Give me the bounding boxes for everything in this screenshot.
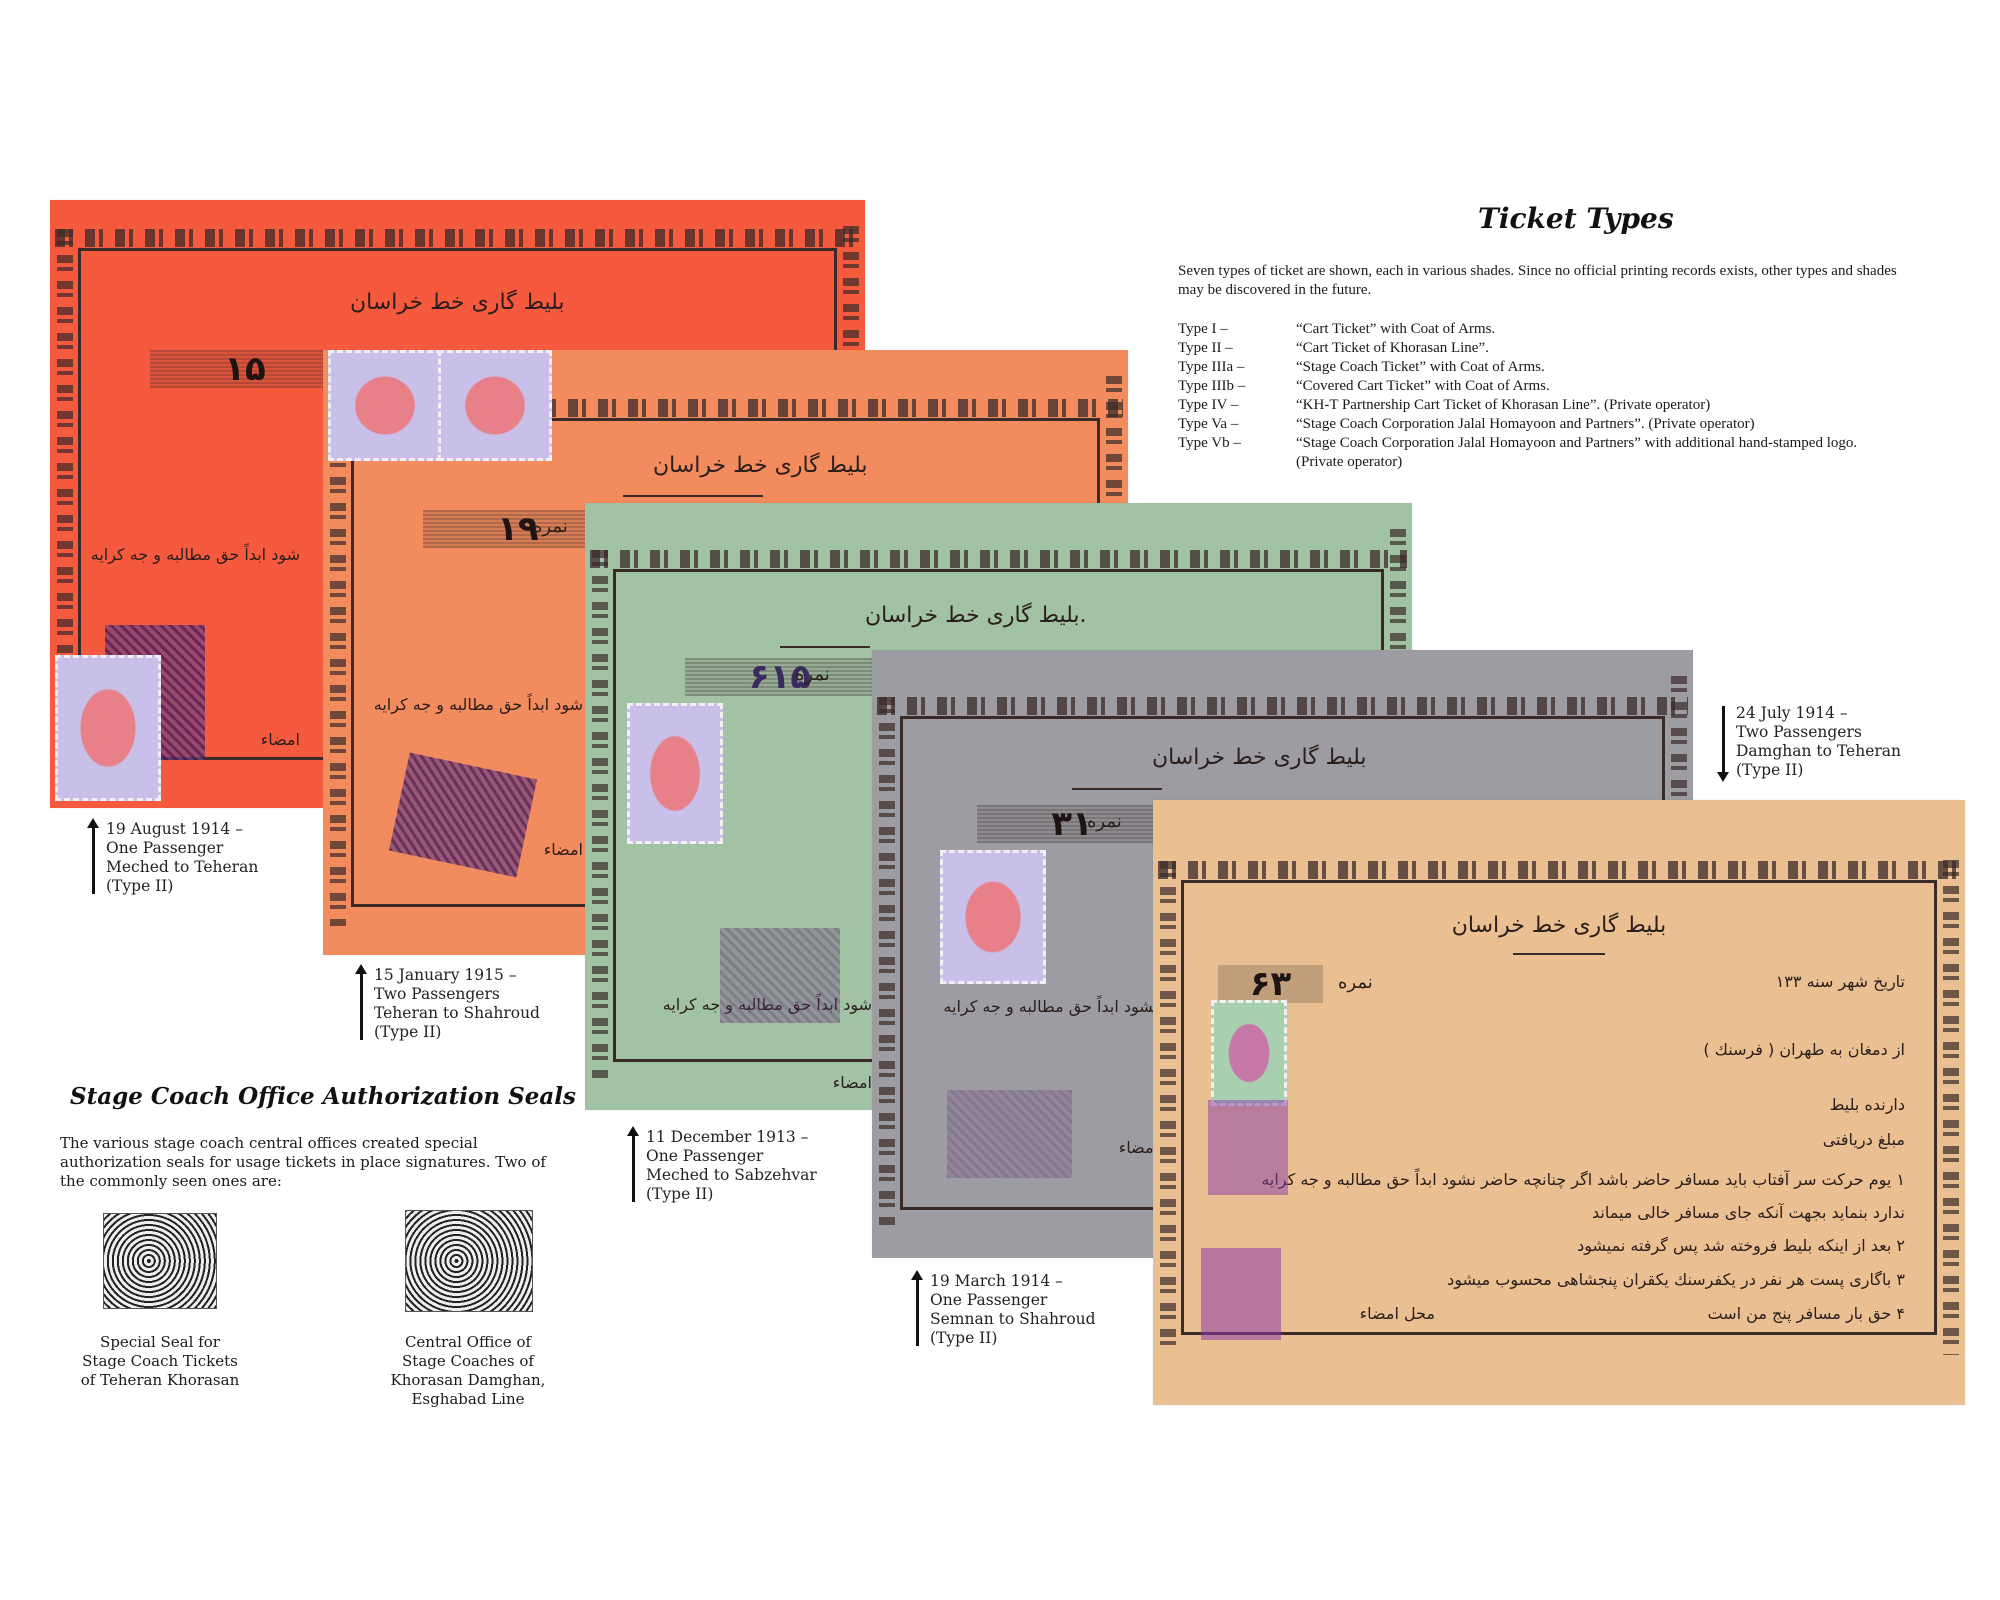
ticket-types-intro: Seven types of ticket are shown, each in…: [1178, 262, 1918, 300]
ticket-5: بلیط گاری خط خراسان ۶۳ نمره تاریخ شهر سن…: [1153, 800, 1965, 1405]
caption-date: 24 July 1914 –: [1736, 704, 1901, 723]
ticket-signature: محل امضاء: [1360, 1304, 1435, 1323]
seals-section-title: Stage Coach Office Authorization Seals: [70, 1083, 576, 1110]
seal-caption-line: Esghabad Line: [368, 1390, 568, 1409]
caption-passengers: One Passenger: [930, 1291, 1096, 1310]
ticket-signature: امضاء: [544, 840, 583, 859]
rule-1-cont: ندارد بنماید بجهت آنکه جای مسافر خالی می…: [1592, 1203, 1905, 1222]
seal-caption-2: Central Office of Stage Coaches of Khora…: [368, 1333, 568, 1409]
caption-type: (Type II): [106, 877, 258, 896]
caption-date: 19 August 1914 –: [106, 820, 258, 839]
type-key: Type IIIb –: [1178, 377, 1296, 396]
postage-stamp: [328, 350, 442, 461]
heading-rule: [623, 495, 763, 497]
ticket-signature: امضاء: [261, 730, 300, 749]
caption-ticket-5: 24 July 1914 – Two Passengers Damghan to…: [1722, 704, 1901, 780]
seal-image-khorasan-damghan: [405, 1210, 533, 1312]
authorization-seal: [947, 1090, 1072, 1178]
type-desc: “Cart Ticket” with Coat of Arms.: [1296, 320, 1495, 339]
caption-type: (Type II): [374, 1023, 540, 1042]
seal-caption-1: Special Seal for Stage Coach Tickets of …: [60, 1333, 260, 1390]
caption-route: Teheran to Shahroud: [374, 1004, 540, 1023]
type-key: Type IV –: [1178, 396, 1296, 415]
type-key: Type Vb –: [1178, 434, 1296, 472]
type-key: Type IIIa –: [1178, 358, 1296, 377]
amount-label: مبلغ دریافتی: [1823, 1130, 1905, 1149]
caption-date: 11 December 1913 –: [646, 1128, 817, 1147]
date-line: تاریخ شهر سنه ۱۳۳: [1776, 972, 1905, 991]
caption-route: Meched to Sabzehvar: [646, 1166, 817, 1185]
arrow-up-icon: [916, 1274, 919, 1346]
caption-ticket-1: 19 August 1914 – One Passenger Meched to…: [92, 820, 258, 896]
type-row: Type IIIa –“Stage Coach Ticket” with Coa…: [1178, 358, 1938, 377]
seal-image-teheran-khorasan: [103, 1213, 217, 1309]
type-row: Type II –“Cart Ticket of Khorasan Line”.: [1178, 339, 1938, 358]
caption-type: (Type II): [930, 1329, 1096, 1348]
seal-caption-line: Central Office of: [368, 1333, 568, 1352]
type-key: Type II –: [1178, 339, 1296, 358]
type-row: Type Va –“Stage Coach Corporation Jalal …: [1178, 415, 1938, 434]
caption-ticket-3: 11 December 1913 – One Passenger Meched …: [632, 1128, 817, 1204]
type-desc: “Covered Cart Ticket” with Coat of Arms.: [1296, 377, 1550, 396]
ticket-clause: شود ابداً حق مطالبه و جه کرایه: [374, 695, 583, 714]
ticket-clause: نشود ابداً حق مطالبه و جه کرایه: [943, 997, 1158, 1016]
ticket-number: ۳۱: [977, 805, 1167, 843]
ticket-number: ۶۱۵: [685, 658, 875, 696]
rule-1: ۱ یوم حرکت سر آفتاب باید مسافر حاضر باشد…: [1261, 1170, 1905, 1189]
type-row: Type IIIb –“Covered Cart Ticket” with Co…: [1178, 377, 1938, 396]
postage-stamp: [940, 850, 1046, 984]
ticket-clause: شود ابداً حق مطالبه و جه کرایه: [91, 545, 300, 564]
ticket-number-label: نمره: [533, 516, 568, 537]
ticket-types-list: Type I –“Cart Ticket” with Coat of Arms.…: [1178, 320, 1938, 472]
caption-route: Semnan to Shahroud: [930, 1310, 1096, 1329]
seal-caption-line: Stage Coaches of: [368, 1352, 568, 1371]
type-row: Type I –“Cart Ticket” with Coat of Arms.: [1178, 320, 1938, 339]
arrow-up-icon: [632, 1130, 635, 1202]
seals-section-intro: The various stage coach central offices …: [60, 1134, 560, 1191]
ornamental-border: [1181, 880, 1937, 1335]
ticket-heading: .بلیط گاری خط خراسان: [865, 603, 1087, 628]
ticket-heading: بلیط گاری خط خراسان: [350, 290, 565, 315]
ticket-types-title: Ticket Types: [1478, 202, 1674, 235]
caption-type: (Type II): [1736, 761, 1901, 780]
postage-stamp: [627, 703, 723, 844]
rule-2: ۲ بعد از اینکه بلیط فروخته شد پس گرفته ن…: [1577, 1236, 1905, 1255]
arrow-up-icon: [360, 968, 363, 1040]
type-key: Type Va –: [1178, 415, 1296, 434]
authorization-seal: [720, 928, 840, 1023]
ticket-heading: بلیط گاری خط خراسان: [1152, 745, 1367, 770]
rule-3: ۳ باگاری پست هر نفر در یکفرسنك یکقران پن…: [1447, 1270, 1905, 1289]
ticket-number: ۱۵: [150, 350, 340, 388]
heading-rule: [780, 646, 870, 648]
authorization-seal: [1208, 1100, 1288, 1195]
caption-ticket-2: 15 January 1915 – Two Passengers Teheran…: [360, 966, 540, 1042]
caption-passengers: One Passenger: [646, 1147, 817, 1166]
rule-4: ۴ حق بار مسافر پنج من است: [1707, 1304, 1905, 1323]
caption-passengers: One Passenger: [106, 839, 258, 858]
ticket-heading: بلیط گاری خط خراسان: [1153, 913, 1965, 938]
postage-stamp: [1211, 1000, 1287, 1106]
postage-stamp: [55, 655, 161, 801]
ticket-number: ۶۳: [1218, 965, 1323, 1003]
caption-passengers: Two Passengers: [1736, 723, 1901, 742]
type-key: Type I –: [1178, 320, 1296, 339]
seal-caption-line: Khorasan Damghan,: [368, 1371, 568, 1390]
type-row: Type IV –“KH-T Partnership Cart Ticket o…: [1178, 396, 1938, 415]
ticket-signature: امضاء: [833, 1073, 872, 1092]
caption-route: Meched to Teheran: [106, 858, 258, 877]
type-row: Type Vb –“Stage Coach Corporation Jalal …: [1178, 434, 1938, 472]
type-desc: “Stage Coach Corporation Jalal Homayoon …: [1296, 434, 1896, 472]
type-desc: “Stage Coach Corporation Jalal Homayoon …: [1296, 415, 1755, 434]
ticket-number-label: نمره: [1338, 972, 1373, 993]
caption-route: Damghan to Teheran: [1736, 742, 1901, 761]
holder-label: دارنده بلیط: [1830, 1095, 1905, 1114]
route-line: از دمغان به طهران ( فرسنك ): [1703, 1040, 1905, 1059]
caption-date: 15 January 1915 –: [374, 966, 540, 985]
ticket-heading: بلیط گاری خط خراسان: [653, 453, 868, 478]
arrow-down-icon: [1722, 706, 1725, 778]
ticket-number-label: نمره: [795, 664, 830, 685]
type-desc: “Stage Coach Ticket” with Coat of Arms.: [1296, 358, 1545, 377]
seal-caption-line: Special Seal for: [60, 1333, 260, 1352]
seal-caption-line: Stage Coach Tickets: [60, 1352, 260, 1371]
arrow-up-icon: [92, 822, 95, 894]
caption-date: 19 March 1914 –: [930, 1272, 1096, 1291]
caption-ticket-4: 19 March 1914 – One Passenger Semnan to …: [916, 1272, 1096, 1348]
heading-rule: [1513, 953, 1605, 955]
caption-passengers: Two Passengers: [374, 985, 540, 1004]
authorization-seal: [1201, 1248, 1281, 1340]
type-desc: “KH-T Partnership Cart Ticket of Khorasa…: [1296, 396, 1710, 415]
seal-caption-line: of Teheran Khorasan: [60, 1371, 260, 1390]
postage-stamp: [438, 350, 552, 461]
ticket-number-label: نمره: [1087, 811, 1122, 832]
type-desc: “Cart Ticket of Khorasan Line”.: [1296, 339, 1489, 358]
caption-type: (Type II): [646, 1185, 817, 1204]
heading-rule: [1072, 788, 1162, 790]
